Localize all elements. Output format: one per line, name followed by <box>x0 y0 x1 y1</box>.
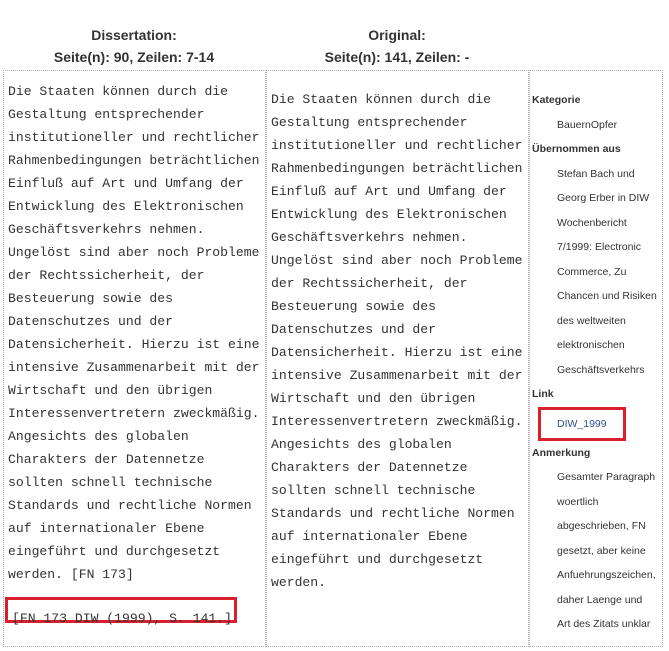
text-line: intensive Zusammenarbeit mit der <box>271 364 522 387</box>
text-line: Angesichts des globalen <box>271 433 522 456</box>
kategorie-label: Kategorie <box>532 88 657 113</box>
text-line: Geschäftsverkehrs nehmen. <box>271 226 522 249</box>
text-line: Besteuerung sowie des <box>8 287 259 310</box>
source-line: Georg Erber in DIW <box>532 186 657 211</box>
source-value: Stefan Bach undGeorg Erber in DIWWochenb… <box>532 162 657 383</box>
text-line: Ungelöst sind aber noch Probleme <box>271 249 522 272</box>
link-highlight-box: DIW_1999 <box>538 407 626 441</box>
note-value: Gesamter Paragraphwoertlichabgeschrieben… <box>532 465 657 637</box>
text-line: Datensicherheit. Hierzu ist eine <box>271 341 522 364</box>
source-line: 7/1999: Electronic <box>532 235 657 260</box>
text-line: der Rechtssicherheit, der <box>8 264 259 287</box>
note-line: daher Laenge und <box>532 588 657 613</box>
original-title: Original: <box>266 24 528 46</box>
text-line: Standards und rechtliche Normen <box>8 494 259 517</box>
note-line: abgeschrieben, FN <box>532 514 657 539</box>
text-line: Datensicherheit. Hierzu ist eine <box>8 333 259 356</box>
text-line: Datenschutzes und der <box>8 310 259 333</box>
text-line: Wirtschaft und den übrigen <box>8 379 259 402</box>
text-line: Gestaltung entsprechender <box>271 111 522 134</box>
text-line: Angesichts des globalen <box>8 425 259 448</box>
dissertation-location: Seite(n): 90, Zeilen: 7-14 <box>3 46 265 68</box>
text-line: Charakters der Datennetze <box>271 456 522 479</box>
dissertation-header: Dissertation: Seite(n): 90, Zeilen: 7-14 <box>3 24 265 68</box>
text-line: institutioneller und rechtlicher <box>8 126 259 149</box>
text-line: eingeführt und durchgesetzt <box>271 548 522 571</box>
text-line: werden. <box>271 571 522 594</box>
text-line: sollten schnell technische <box>8 471 259 494</box>
note-line: woertlich <box>532 490 657 515</box>
footnote-highlight-box: [FN 173 DIW (1999), S. 141.] <box>5 597 237 623</box>
source-line: Stefan Bach und <box>532 162 657 187</box>
source-line: des weltweiten <box>532 309 657 334</box>
original-header: Original: Seite(n): 141, Zeilen: - <box>266 24 528 68</box>
text-line: sollten schnell technische <box>271 479 522 502</box>
text-line: auf internationaler Ebene <box>271 525 522 548</box>
text-line: Einfluß auf Art und Umfang der <box>8 172 259 195</box>
kategorie-value: BauernOpfer <box>532 113 657 138</box>
text-line: Besteuerung sowie des <box>271 295 522 318</box>
dissertation-title: Dissertation: <box>3 24 265 46</box>
text-line: Die Staaten können durch die <box>8 80 259 103</box>
source-line: elektronischen <box>532 333 657 358</box>
text-line: Gestaltung entsprechender <box>8 103 259 126</box>
metadata-list: Kategorie BauernOpfer Übernommen aus Ste… <box>532 88 657 637</box>
source-line: Geschäftsverkehrs <box>532 358 657 383</box>
note-line: Gesamter Paragraph <box>532 465 657 490</box>
text-line: der Rechtssicherheit, der <box>271 272 522 295</box>
source-line: Commerce, Zu <box>532 260 657 285</box>
note-label: Anmerkung <box>532 441 657 466</box>
link-label: Link <box>532 382 657 407</box>
dissertation-text: Die Staaten können durch dieGestaltung e… <box>8 80 259 586</box>
text-line: werden. [FN 173] <box>8 563 259 586</box>
original-text: Die Staaten können durch dieGestaltung e… <box>271 88 522 594</box>
source-label: Übernommen aus <box>532 137 657 162</box>
text-line: Einfluß auf Art und Umfang der <box>271 180 522 203</box>
text-line: Interessenvertretern zweckmäßig. <box>271 410 522 433</box>
text-line: Entwicklung des Elektronischen <box>8 195 259 218</box>
text-line: eingeführt und durchgesetzt <box>8 540 259 563</box>
text-line: Die Staaten können durch die <box>271 88 522 111</box>
text-line: Wirtschaft und den übrigen <box>271 387 522 410</box>
text-line: Interessenvertretern zweckmäßig. <box>8 402 259 425</box>
original-column: Die Staaten können durch dieGestaltung e… <box>266 70 529 647</box>
source-line: Chancen und Risiken <box>532 284 657 309</box>
text-line: auf internationaler Ebene <box>8 517 259 540</box>
source-line: Wochenbericht <box>532 211 657 236</box>
text-line: Rahmenbedingungen beträchtlichen <box>271 157 522 180</box>
source-link[interactable]: DIW_1999 <box>557 412 607 436</box>
note-line: gesetzt, aber keine <box>532 539 657 564</box>
text-line: intensive Zusammenarbeit mit der <box>8 356 259 379</box>
dissertation-footnote: [FN 173 DIW (1999), S. 141.] <box>12 609 232 629</box>
text-line: Entwicklung des Elektronischen <box>271 203 522 226</box>
text-line: Charakters der Datennetze <box>8 448 259 471</box>
text-line: Rahmenbedingungen beträchtlichen <box>8 149 259 172</box>
text-line: Geschäftsverkehrs nehmen. <box>8 218 259 241</box>
metadata-column: Kategorie BauernOpfer Übernommen aus Ste… <box>529 70 663 647</box>
note-line: Anfuehrungszeichen, <box>532 563 657 588</box>
original-location: Seite(n): 141, Zeilen: - <box>266 46 528 68</box>
note-line: Art des Zitats unklar <box>532 612 657 637</box>
text-line: institutioneller und rechtlicher <box>271 134 522 157</box>
dissertation-column: Die Staaten können durch dieGestaltung e… <box>3 70 266 647</box>
text-line: Datenschutzes und der <box>271 318 522 341</box>
text-line: Standards und rechtliche Normen <box>271 502 522 525</box>
text-line: Ungelöst sind aber noch Probleme <box>8 241 259 264</box>
